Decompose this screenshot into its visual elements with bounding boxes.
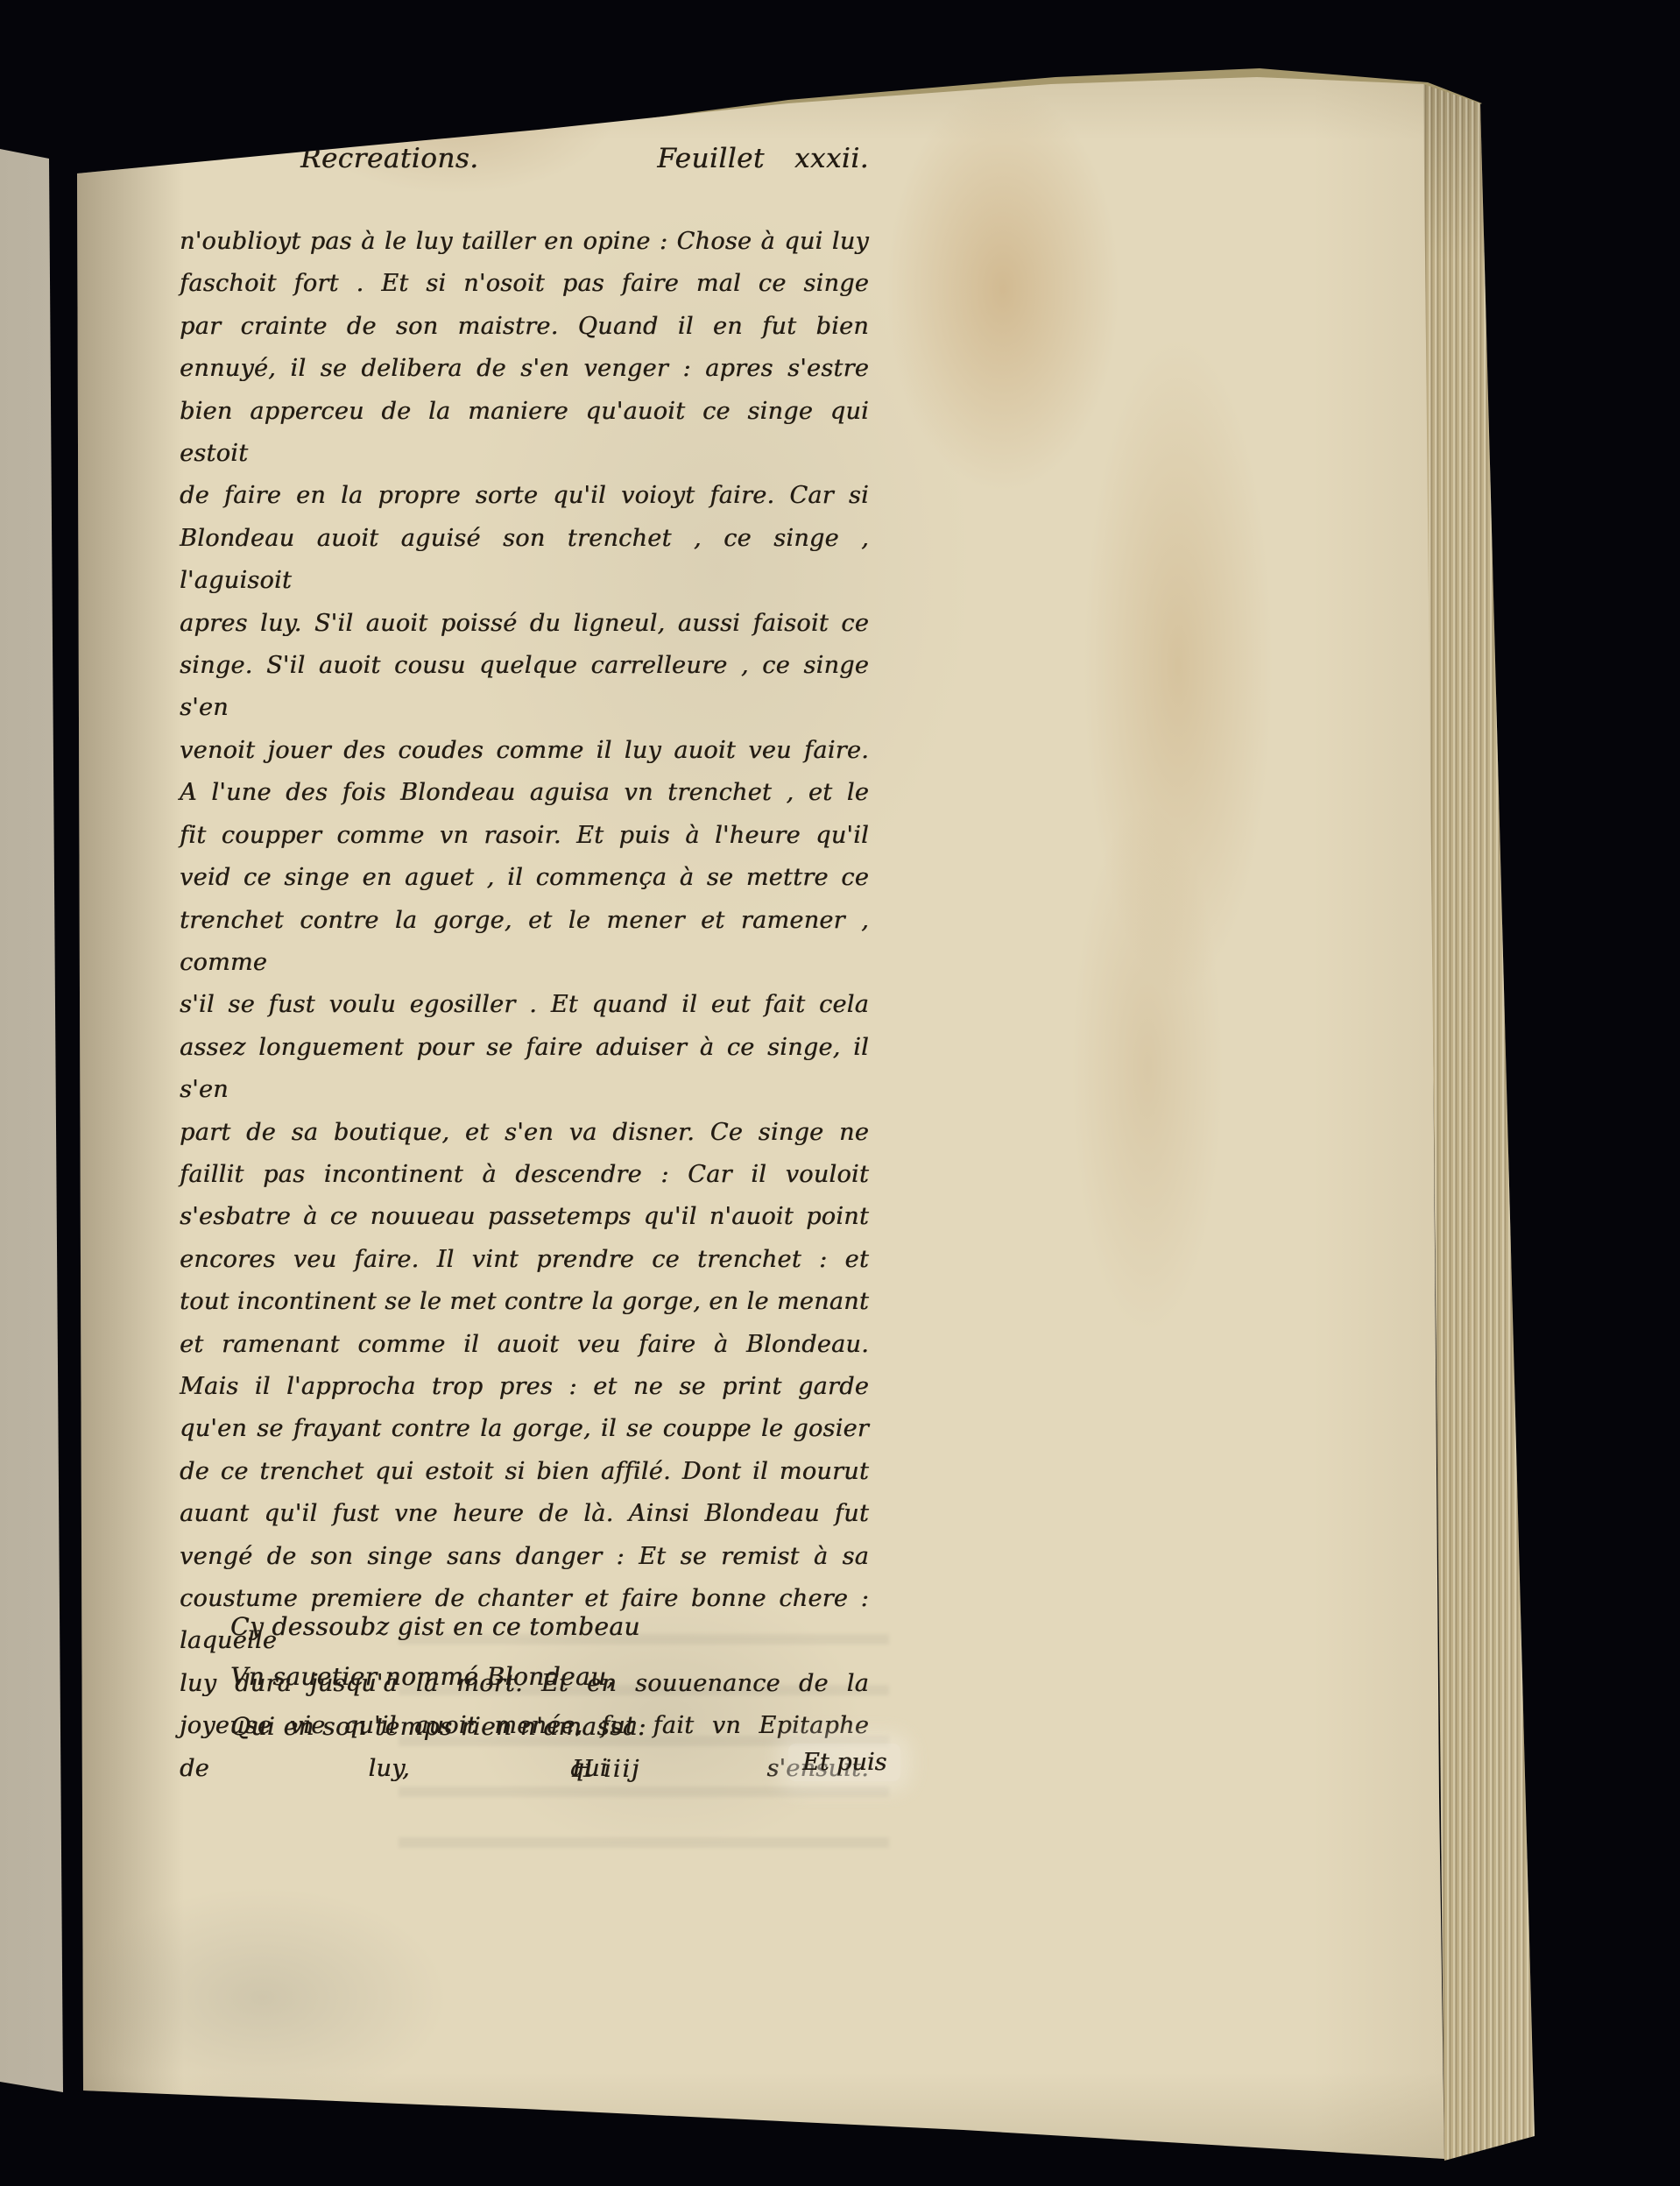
- folio-label: Feuillet: [657, 143, 765, 174]
- text-line: bien apperceu de la maniere qu'auoit ce …: [180, 391, 869, 476]
- text-line: auant qu'il fust vne heure de là. Ainsi …: [180, 1493, 869, 1535]
- text-line: apres luy. S'il auoit poissé du ligneul,…: [180, 603, 869, 645]
- page-header: Recreations. Feuillet xxxii.: [180, 143, 869, 174]
- text-line: vengé de son singe sans danger : Et se r…: [180, 1536, 869, 1578]
- catchword-patch: Et puis: [788, 1744, 900, 1781]
- text-line: par crainte de son maistre. Quand il en …: [180, 306, 869, 348]
- text-line: Mais il l'approcha trop pres : et ne se …: [180, 1366, 869, 1408]
- text-line: ennuyé, il se delibera de s'en venger : …: [180, 348, 869, 390]
- text-line: venoit jouer des coudes comme il luy auo…: [180, 730, 869, 772]
- text-line: veid ce singe en aguet , il commença à s…: [180, 857, 869, 899]
- epitaph-line: Vn sauetier nommé Blondeau,: [230, 1652, 844, 1701]
- text-line: trenchet contre la gorge, et le mener et…: [180, 900, 869, 985]
- text-line: Blondeau auoit aguisé son trenchet , ce …: [180, 518, 869, 603]
- text-line: n'oublioyt pas à le luy tailler en opine…: [180, 221, 869, 263]
- text-line: de ce trenchet qui estoit si bien affilé…: [180, 1451, 869, 1493]
- text-line: fit coupper comme vn rasoir. Et puis à l…: [180, 815, 869, 857]
- text-line: qu'en se frayant contre la gorge, il se …: [180, 1408, 869, 1450]
- text-line: part de sa boutique, et s'en va disner. …: [180, 1112, 869, 1154]
- text-line: s'esbatre à ce nouueau passetemps qu'il …: [180, 1196, 869, 1238]
- text-line: encores veu faire. Il vint prendre ce tr…: [180, 1239, 869, 1281]
- text-line: singe. S'il auoit cousu quelque carrelle…: [180, 645, 869, 730]
- photograph-background: Recreations. Feuillet xxxii. n'oublioyt …: [0, 0, 1680, 2186]
- running-title: Recreations.: [300, 143, 478, 174]
- text-line: A l'une des fois Blondeau aguisa vn tren…: [180, 772, 869, 814]
- epitaph: Cy dessoubz gist en ce tombeauVn sauetie…: [230, 1602, 844, 1751]
- text-line: et ramenant comme il auoit veu faire à B…: [180, 1324, 869, 1366]
- catchword: Et puis: [802, 1749, 886, 1776]
- signature-row: H iiij Et puis: [180, 1749, 933, 1828]
- text-line: s'il se fust voulu egosiller . Et quand …: [180, 984, 869, 1026]
- text-line: faschoit fort . Et si n'osoit pas faire …: [180, 263, 869, 305]
- body-text: n'oublioyt pas à le luy tailler en opine…: [180, 221, 869, 1790]
- text-line: assez longuement pour se faire aduiser à…: [180, 1027, 869, 1112]
- text-line: tout incontinent se le met contre la gor…: [180, 1281, 869, 1323]
- folio: Feuillet xxxii.: [657, 143, 869, 174]
- epitaph-line: Qui en son temps rien n'amassa:: [230, 1701, 844, 1751]
- epitaph-line: Cy dessoubz gist en ce tombeau: [230, 1602, 844, 1652]
- text-line: faillit pas incontinent à descendre : Ca…: [180, 1154, 869, 1196]
- text-line: de faire en la propre sorte qu'il voioyt…: [180, 475, 869, 517]
- folio-number: xxxii.: [794, 143, 869, 174]
- signature-mark: H iiij: [572, 1756, 640, 1783]
